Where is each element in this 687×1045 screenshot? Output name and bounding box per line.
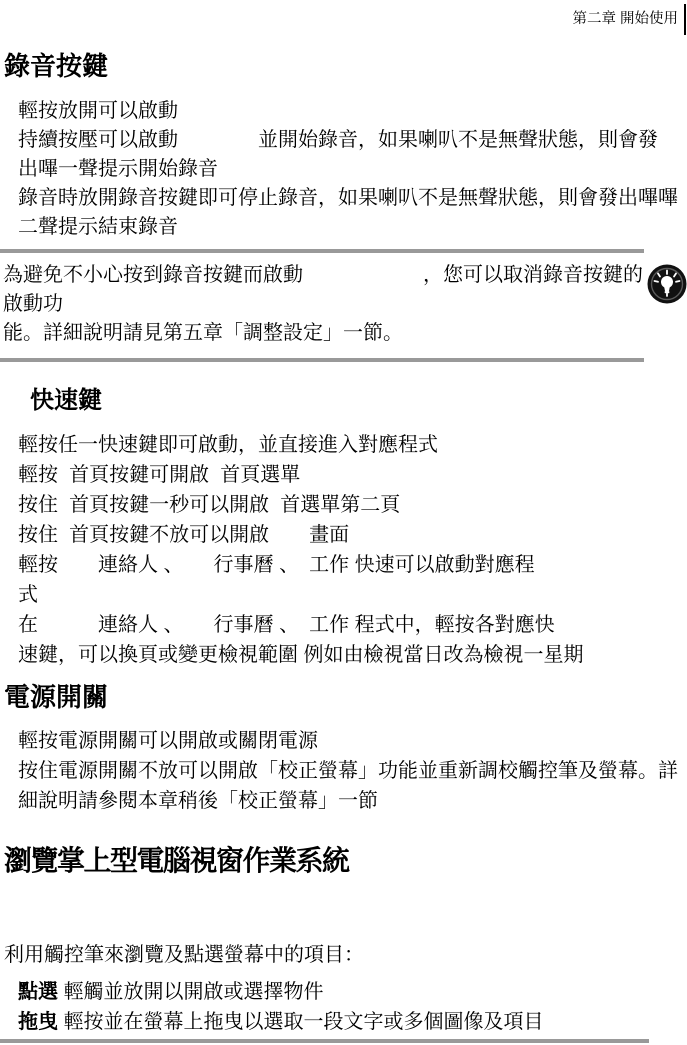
stylus-action-list: 點選 輕觸並放開以開啟或選擇物件 拖曳 輕按並在螢幕上拖曳以選取一段文字或多個圖… — [18, 977, 687, 1037]
quick-keys-paragraphs: 輕按任一快速鍵即可啟動，並直接進入對應程式 輕按 首頁按鍵可開啟 首頁選單 按住… — [18, 430, 687, 670]
header-vertical-rule — [684, 4, 686, 35]
page-content: 錄音按鍵 輕按放開可以啟動 持續按壓可以啟動 並開始錄音，如果喇叭不是無聲狀態，… — [0, 0, 687, 1037]
text-line: 能。詳細說明請見第五章「調整設定」一節。 — [3, 319, 644, 348]
action-term: 拖曳 — [18, 1011, 58, 1033]
text-line: 按住 首頁按鍵一秒可以開啟 首選單第二頁 — [18, 490, 687, 520]
section-title-recording: 錄音按鍵 — [4, 51, 687, 82]
text-line: 細說明請參閱本章稍後「校正螢幕」一節 — [18, 786, 687, 816]
section-title-quick-keys: 快速鍵 — [30, 387, 687, 416]
lightbulb-tip-icon — [647, 264, 687, 304]
text-line: 輕按放開可以啟動 — [18, 97, 687, 126]
text-line: 式 — [18, 580, 687, 610]
text-line: 錄音時放開錄音按鍵即可停止錄音，如果喇叭不是無聲狀態，則會發出嗶嗶 — [18, 184, 687, 213]
list-item: 點選 輕觸並放開以開啟或選擇物件 — [18, 977, 687, 1007]
text-line: 在 連絡人 、 行事曆 、 工作 程式中，輕按各對應快 — [18, 610, 687, 640]
list-item: 拖曳 輕按並在螢幕上拖曳以選取一段文字或多個圖像及項目 — [18, 1007, 687, 1037]
text-line: 按住 首頁按鍵不放可以開啟 畫面 — [18, 520, 687, 550]
browse-intro-line: 利用觸控筆來瀏覽及點選螢幕中的項目： — [4, 941, 687, 970]
text-line: 按住電源開關不放可以開啟「校正螢幕」功能並重新調校觸控筆及螢幕。詳 — [18, 756, 687, 786]
text-line: 為避免不小心按到錄音按鍵而啟動 ，您可以取消錄音按鍵的啟動功 — [3, 261, 644, 319]
tip-note: 為避免不小心按到錄音按鍵而啟動 ，您可以取消錄音按鍵的啟動功 能。詳細說明請見第… — [0, 249, 687, 362]
text-line: 速鍵，可以換頁或變更檢視範圍 例如由檢視當日改為檢視一星期 — [18, 640, 687, 670]
chapter-section-title-browse: 瀏覽掌上型電腦視窗作業系統 — [4, 844, 687, 878]
action-term: 點選 — [18, 981, 58, 1003]
text-line: 持續按壓可以啟動 並開始錄音，如果喇叭不是無聲狀態，則會發 — [18, 126, 687, 155]
text-line: 輕按 連絡人 、 行事曆 、 工作 快速可以啟動對應程 — [18, 550, 687, 580]
text-line: 二聲提示結束錄音 — [18, 213, 687, 242]
text-line: 輕按任一快速鍵即可啟動，並直接進入對應程式 — [18, 430, 687, 460]
tip-note-box: 為避免不小心按到錄音按鍵而啟動 ，您可以取消錄音按鍵的啟動功 能。詳細說明請見第… — [0, 249, 644, 362]
action-description: 輕按並在螢幕上拖曳以選取一段文字或多個圖像及項目 — [64, 1011, 544, 1033]
section-title-power: 電源開關 — [4, 682, 687, 713]
power-paragraphs: 輕按電源開關可以開啟或關閉電源 按住電源開關不放可以開啟「校正螢幕」功能並重新調… — [18, 726, 687, 816]
text-line: 出嗶一聲提示開始錄音 — [18, 155, 687, 184]
action-description: 輕觸並放開以開啟或選擇物件 — [64, 981, 324, 1003]
recording-paragraphs: 輕按放開可以啟動 持續按壓可以啟動 並開始錄音，如果喇叭不是無聲狀態，則會發 出… — [18, 97, 687, 242]
footer-divider — [0, 1039, 649, 1043]
chapter-header: 第二章 開始使用 — [572, 7, 678, 28]
text-line: 輕按電源開關可以開啟或關閉電源 — [18, 726, 687, 756]
manual-page: 第二章 開始使用 錄音按鍵 輕按放開可以啟動 持續按壓可以啟動 並開始錄音，如果… — [0, 0, 687, 1045]
text-line: 輕按 首頁按鍵可開啟 首頁選單 — [18, 460, 687, 490]
